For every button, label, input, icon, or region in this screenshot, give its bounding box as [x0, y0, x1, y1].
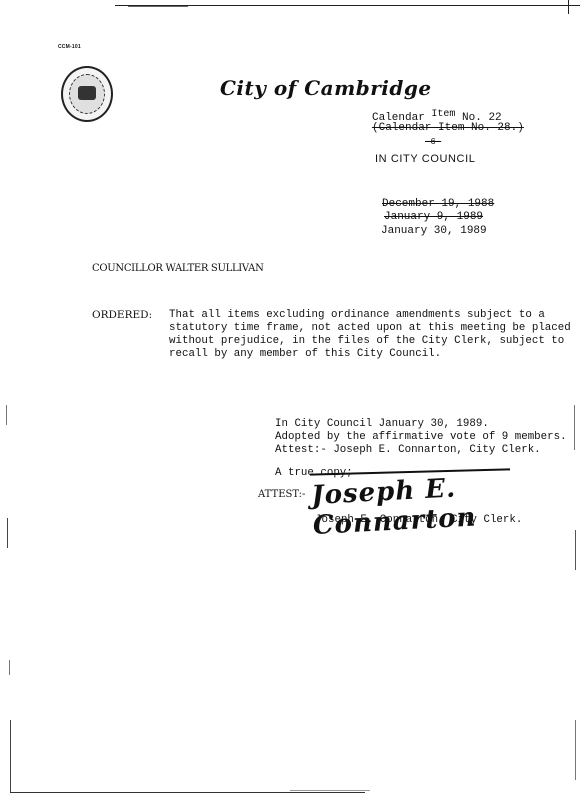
scan-mark [9, 660, 10, 675]
scan-mark [6, 405, 7, 425]
order-line: That all items excluding ordinance amend… [169, 309, 549, 322]
struck-number: -6- [425, 137, 441, 147]
scan-border-bottom-fragment [290, 790, 370, 791]
seal-emblem [78, 86, 96, 100]
scan-mark [574, 405, 575, 450]
struck-date-2: January 9, 1989 [384, 211, 483, 223]
signature: Joseph E. Connarton [311, 467, 580, 541]
ordered-label: ORDERED: [92, 309, 152, 321]
scan-mark [575, 720, 576, 780]
form-code: CCM-101 [58, 44, 81, 50]
meeting-date: January 30, 1989 [381, 225, 487, 237]
attest-label: ATTEST:- [258, 489, 305, 500]
page-title: City of Cambridge [220, 76, 432, 100]
scan-mark [575, 530, 576, 570]
order-line: statutory time frame, not acted upon at … [169, 322, 549, 335]
scan-border-top-fragment [128, 6, 188, 7]
scan-border-left [10, 720, 11, 792]
city-seal-icon [61, 66, 113, 122]
adoption-line: Attest:- Joseph E. Connarton, City Clerk… [275, 444, 567, 457]
order-line: recall by any member of this City Counci… [169, 348, 549, 361]
struck-calendar-item: (Calendar Item No. 28.) [372, 122, 524, 134]
adoption-line: In City Council January 30, 1989. [275, 418, 567, 431]
scan-border-bottom [10, 792, 365, 793]
seal-ring [69, 74, 105, 114]
adoption-line: Adopted by the affirmative vote of 9 mem… [275, 431, 567, 444]
council-heading: IN CITY COUNCIL [375, 153, 475, 165]
signer-name: Joseph E. Connarton, City Clerk. [315, 514, 522, 526]
order-text: That all items excluding ordinance amend… [169, 309, 549, 361]
scan-border-right [568, 0, 569, 14]
scan-mark [7, 518, 8, 548]
order-line: without prejudice, in the files of the C… [169, 335, 549, 348]
calendar-item-word: Item [431, 109, 455, 120]
struck-date-1: December 19, 1988 [382, 198, 494, 210]
sponsor: COUNCILLOR WALTER SULLIVAN [92, 263, 264, 274]
adoption-record: In City Council January 30, 1989. Adopte… [275, 418, 567, 457]
